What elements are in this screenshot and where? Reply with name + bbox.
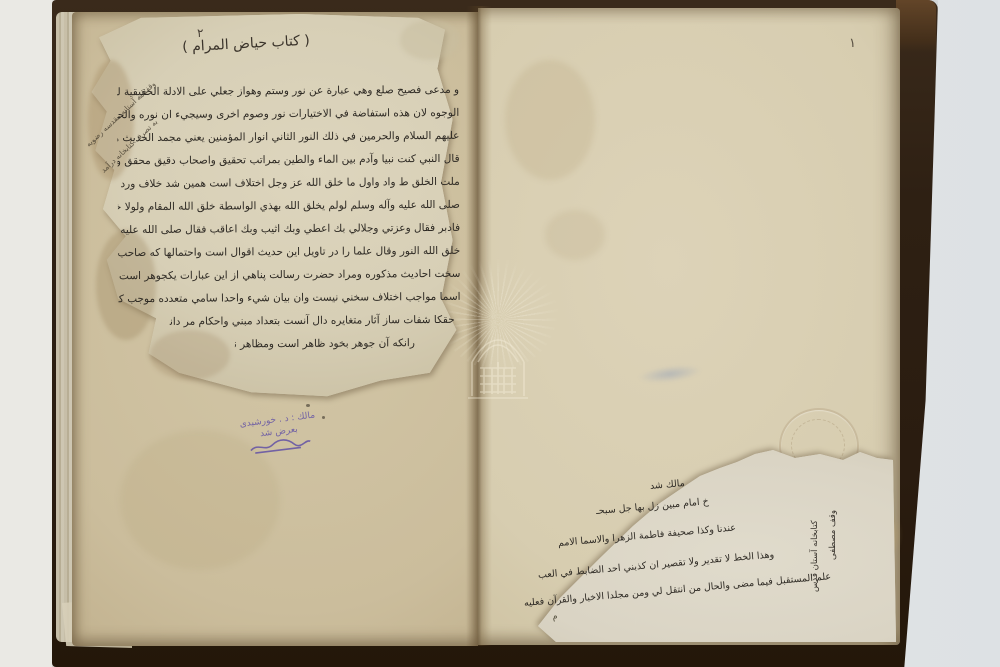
library-inscription-vertical-2: وقف مصطفى [828,510,838,560]
library-inscription-vertical: كتابخانه آستان قدس [810,520,820,592]
manuscript-photo: ٢ ( كتاب حياض المرام ) ١ وقفنامه آستانه … [0,0,1000,667]
fragment-layer [0,0,1000,667]
